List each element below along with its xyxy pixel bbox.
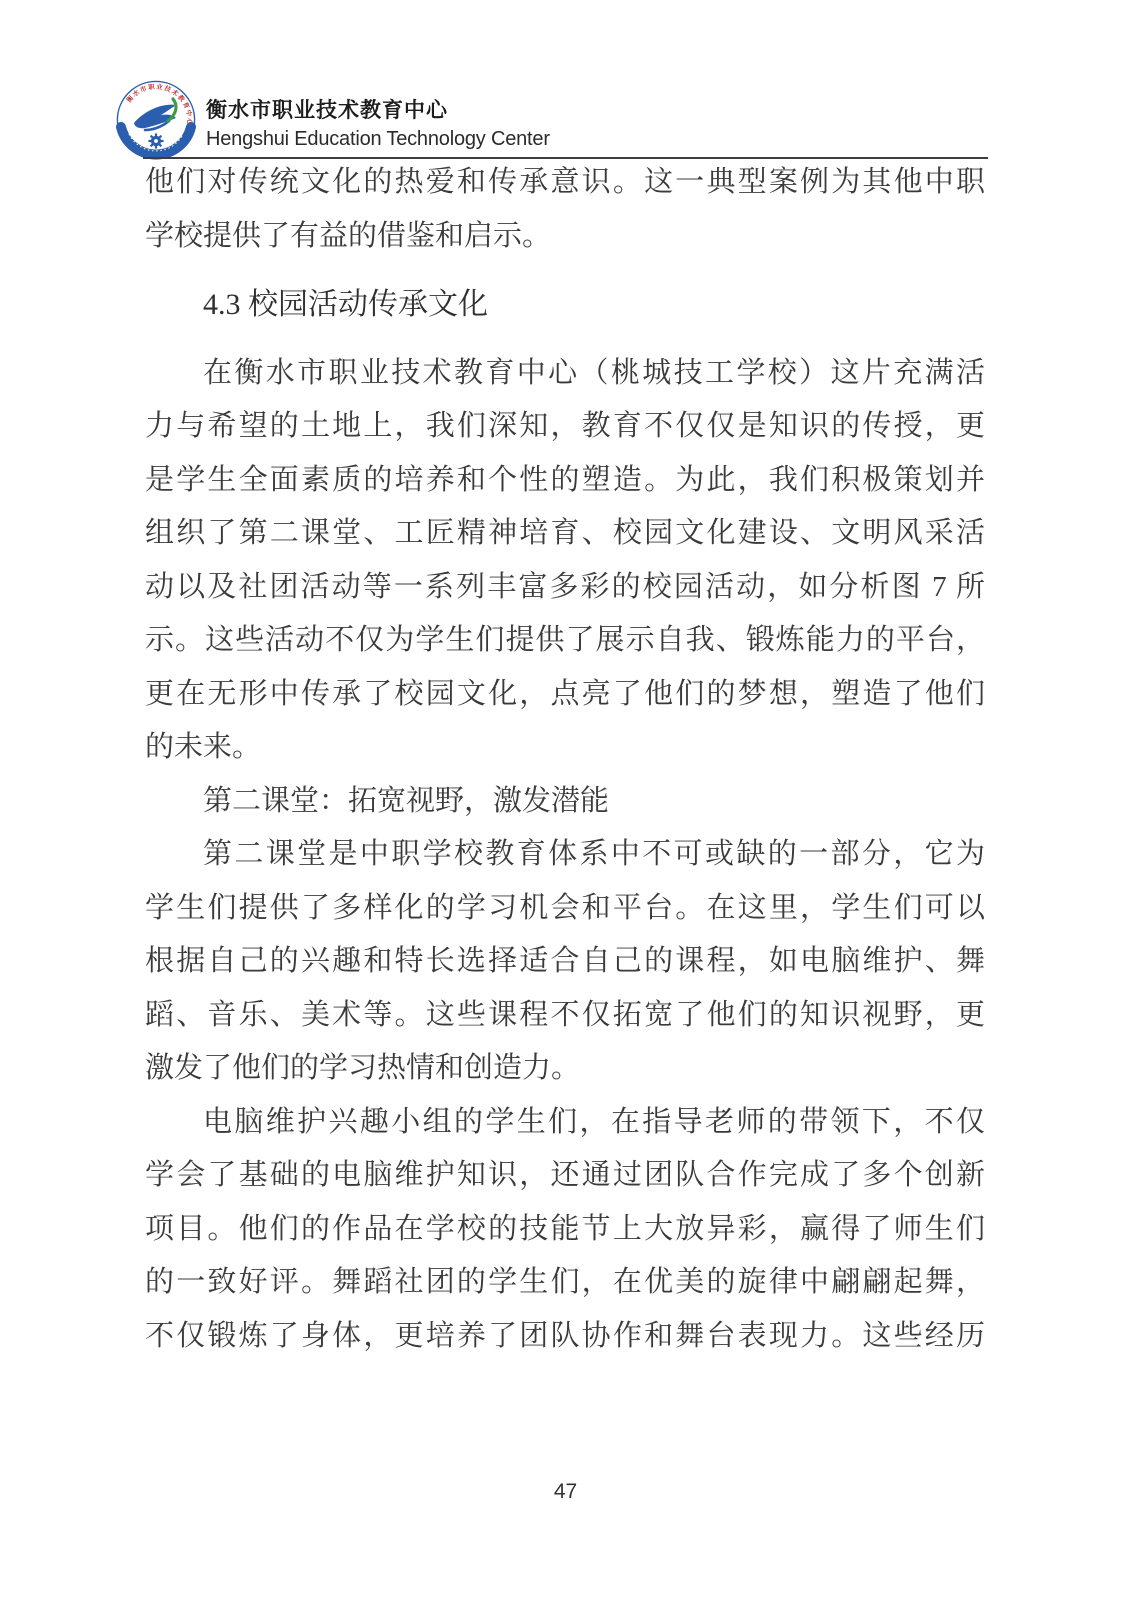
text-line: 电脑维护兴趣小组的学生们，在指导老师的带领下，不仅 <box>145 1096 985 1150</box>
text-line: 动以及社团活动等一系列丰富多彩的校园活动，如分析图 7 所 <box>145 561 985 615</box>
school-logo-icon: 衡水市职业技术教育中心 <box>116 80 196 160</box>
org-name-english: Hengshui Education Technology Center <box>206 127 550 151</box>
text-line: 更在无形中传承了校园文化，点亮了他们的梦想，塑造了他们 <box>145 668 985 722</box>
text-line: 不仅锻炼了身体，更培养了团队协作和舞台表现力。这些经历 <box>145 1310 985 1364</box>
text-line: 学会了基础的电脑维护知识，还通过团队合作完成了多个创新 <box>145 1149 985 1203</box>
text-line: 的一致好评。舞蹈社团的学生们，在优美的旋律中翩翩起舞， <box>145 1256 985 1310</box>
text-line: 激发了他们的学习热情和创造力。 <box>145 1042 985 1096</box>
text-line: 第二课堂是中职学校教育体系中不可或缺的一部分，它为 <box>145 828 985 882</box>
text-line: 第二课堂：拓宽视野，激发潜能 <box>145 775 985 829</box>
document-body: 他们对传统文化的热爱和传承意识。这一典型案例为其他中职学校提供了有益的借鉴和启示… <box>145 156 985 1363</box>
text-line: 在衡水市职业技术教育中心（桃城技工学校）这片充满活 <box>145 347 985 401</box>
text-line: 根据自己的兴趣和特长选择适合自己的课程，如电脑维护、舞 <box>145 935 985 989</box>
text-line: 组织了第二课堂、工匠精神培育、校园文化建设、文明风采活 <box>145 507 985 561</box>
text-line: 力与希望的土地上，我们深知，教育不仅仅是知识的传授，更 <box>145 400 985 454</box>
text-line: 学校提供了有益的借鉴和启示。 <box>145 210 985 264</box>
section-heading: 4.3 校园活动传承文化 <box>145 278 985 332</box>
page-number: 47 <box>0 1480 1131 1504</box>
gear-icon <box>148 133 163 148</box>
letterhead-text: 衡水市职业技术教育中心 Hengshui Education Technolog… <box>206 97 550 151</box>
text-line: 他们对传统文化的热爱和传承意识。这一典型案例为其他中职 <box>145 156 985 210</box>
text-line: 项目。他们的作品在学校的技能节上大放异彩，赢得了师生们 <box>145 1203 985 1257</box>
text-line: 学生们提供了多样化的学习机会和平台。在这里，学生们可以 <box>145 882 985 936</box>
text-line: 的未来。 <box>145 721 985 775</box>
document-page: 衡水市职业技术教育中心 <box>0 0 1131 1600</box>
text-line: 是学生全面素质的培养和个性的塑造。为此，我们积极策划并 <box>145 454 985 508</box>
text-line: 示。这些活动不仅为学生们提供了展示自我、锻炼能力的平台， <box>145 614 985 668</box>
text-line: 蹈、音乐、美术等。这些课程不仅拓宽了他们的知识视野，更 <box>145 989 985 1043</box>
org-name-chinese: 衡水市职业技术教育中心 <box>206 97 550 124</box>
